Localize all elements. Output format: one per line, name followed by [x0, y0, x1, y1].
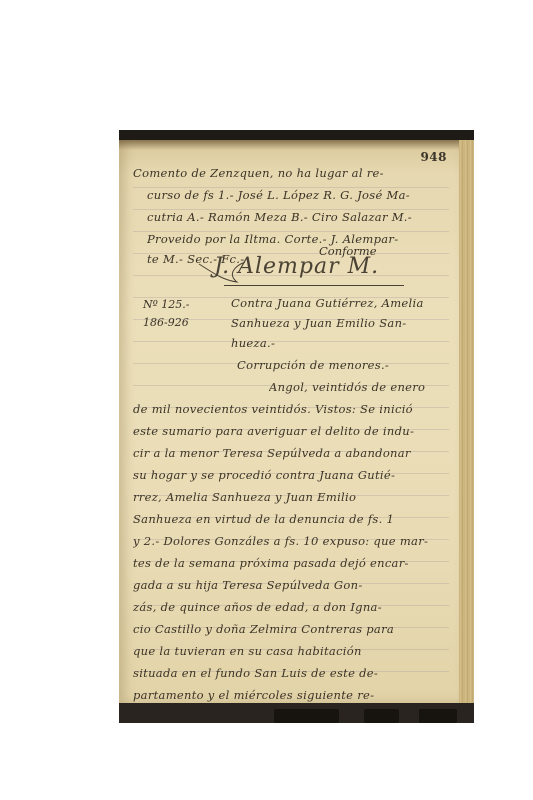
body-line: gada a su hija Teresa Sepúlveda Gon- — [133, 574, 449, 596]
body-line: su hogar y se procedió contra Juana Guti… — [133, 464, 449, 486]
case-reference: 186-926 — [143, 316, 189, 329]
case-subject: Corrupción de menores.- — [237, 354, 449, 376]
body-line: situada en el fundo San Luis de este de- — [133, 662, 449, 684]
page-stack-edge — [459, 140, 474, 703]
body-line: Sanhueza en virtud de la denuncia de fs.… — [133, 508, 449, 530]
judge-signature: J. Alempar M. — [214, 254, 379, 279]
binding-tab — [419, 709, 457, 723]
body-line: tes de la semana próxima pasada dejó enc… — [133, 552, 449, 574]
body-line: que la tuvieran en su casa habitación — [133, 640, 449, 662]
body-line: rrez, Amelia Sanhueza y Juan Emilio — [133, 486, 449, 508]
binding-tab — [274, 709, 339, 723]
binding-bottom — [119, 703, 474, 723]
body-line: cir a la menor Teresa Sepúlveda a abando… — [133, 442, 449, 464]
binding-tab — [364, 709, 399, 723]
text-line: cutria A.- Ramón Meza B.- Ciro Salazar M… — [147, 206, 449, 228]
case-number: Nº 125.- — [143, 298, 190, 311]
signature-underline — [224, 285, 404, 286]
text-line: Comento de Zenzquen, no ha lugar al re- — [133, 162, 449, 184]
case-heading-line: Contra Juana Gutiérrez, Amelia — [231, 292, 449, 314]
text-line: Proveido por la Iltma. Corte.- J. Alempa… — [147, 228, 449, 250]
case-heading-line: hueza.- — [231, 332, 449, 354]
body-line: y 2.- Dolores Gonzáles a fs. 10 expuso: … — [133, 530, 449, 552]
body-line: este sumario para averiguar el delito de… — [133, 420, 449, 442]
ledger-page: 948 Comento de Zenzquen, no ha lugar al … — [119, 140, 459, 703]
page-top-shadow — [119, 140, 459, 150]
body-line: de mil novecientos veintidós. Vistos: Se… — [133, 398, 449, 420]
body-line: Angol, veintidós de enero — [269, 376, 449, 398]
body-line: cio Castillo y doña Zelmira Contreras pa… — [133, 618, 449, 640]
body-line: zás, de quince años de edad, a don Igna- — [133, 596, 449, 618]
text-line: curso de fs 1.- José L. López R. G. José… — [147, 184, 449, 206]
case-heading-line: Sanhueza y Juan Emilio San- — [231, 312, 449, 334]
